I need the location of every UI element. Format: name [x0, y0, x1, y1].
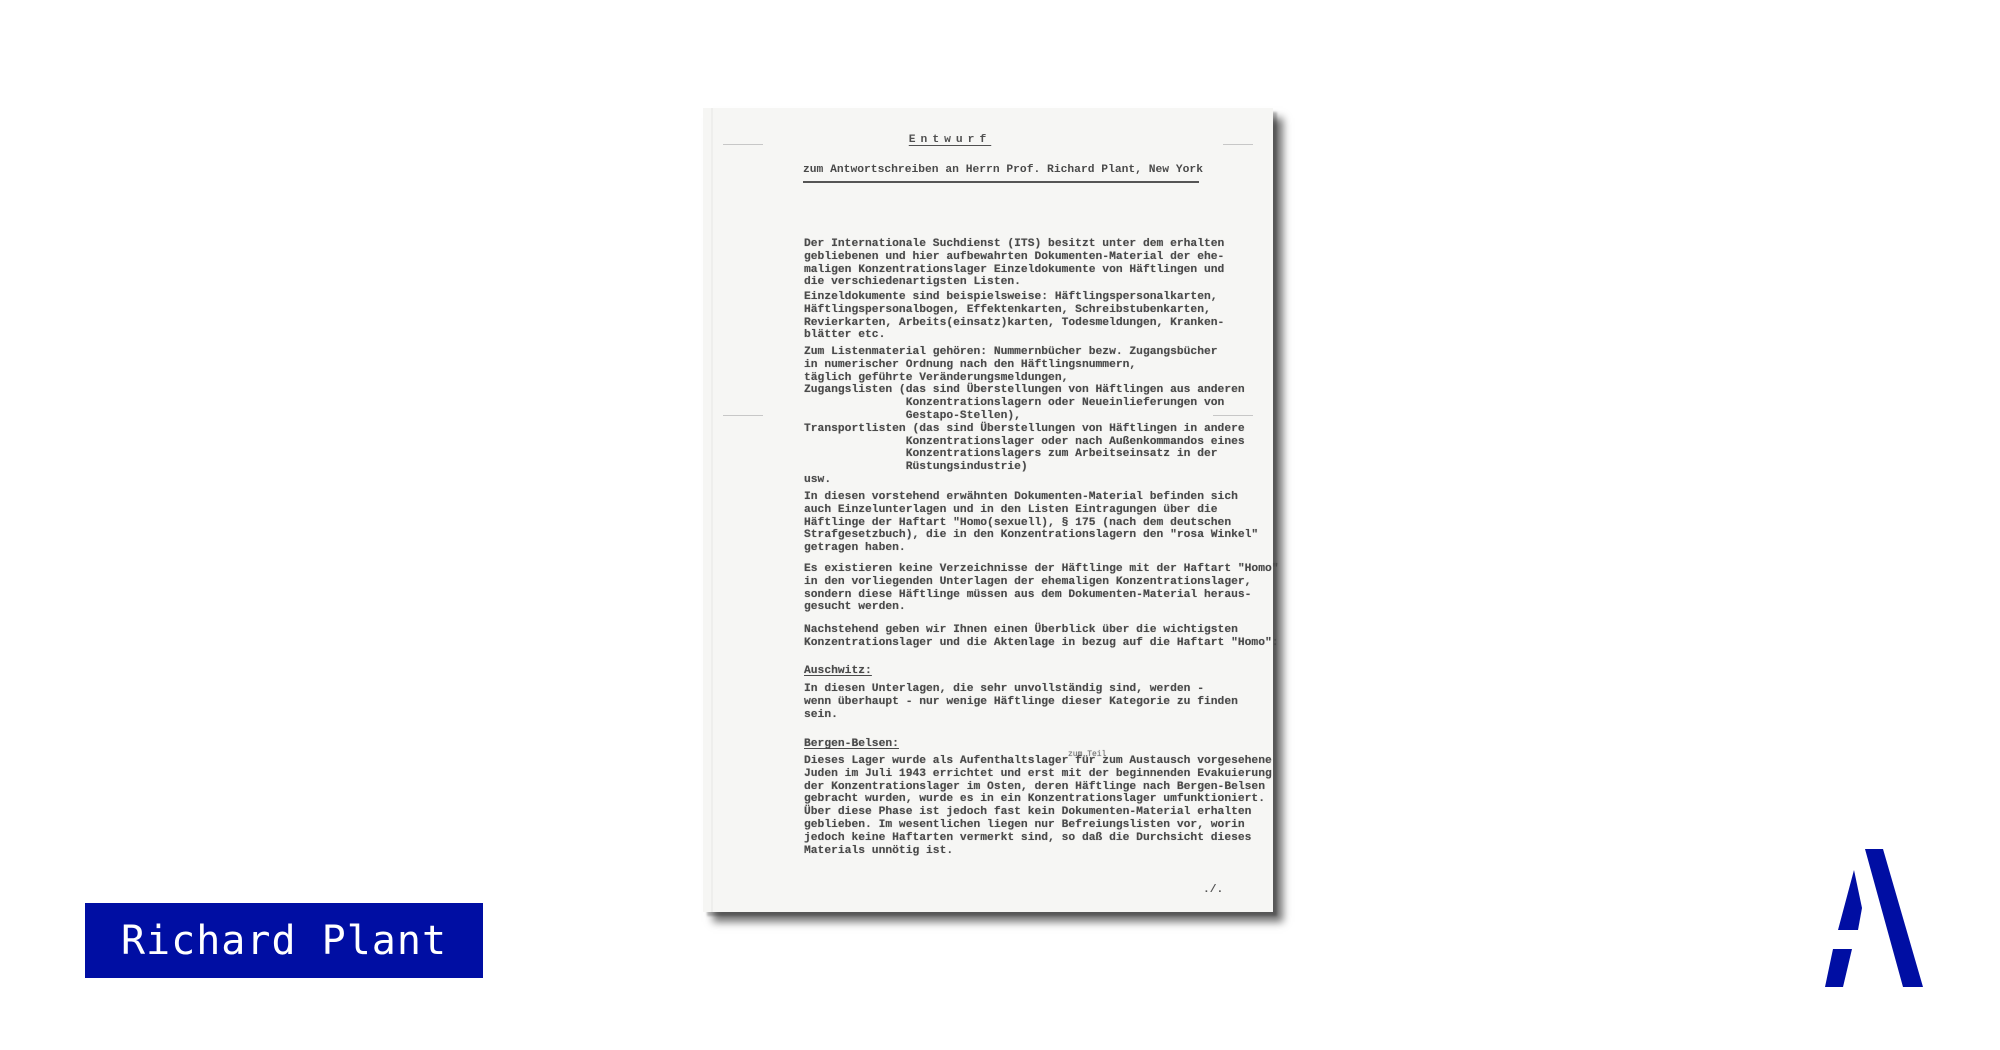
paragraph-overview: Nachstehend geben wir Ihnen einen Überbl…: [804, 624, 1279, 650]
paragraph-no-registers: Es existieren keine Verzeichnisse der Hä…: [804, 563, 1279, 614]
punch-mark-left: [723, 415, 763, 416]
section-heading-auschwitz: Auschwitz:: [804, 665, 872, 678]
section-heading-bergen-belsen: Bergen-Belsen:: [804, 738, 899, 751]
paragraph-individual-documents: Einzeldokumente sind beispielsweise: Häf…: [804, 291, 1224, 342]
subtitle-underline: [803, 181, 1199, 183]
section-text-bergen-belsen: Dieses Lager wurde als Aufenthaltslager …: [804, 755, 1272, 857]
archival-document-scan: Entwurf zum Antwortschreiben an Herrn Pr…: [703, 108, 1273, 912]
paragraph-list-material: Zum Listenmaterial gehören: Nummernbüche…: [804, 346, 1245, 487]
document-subtitle: zum Antwortschreiben an Herrn Prof. Rich…: [803, 164, 1203, 176]
section-text-auschwitz: In diesen Unterlagen, die sehr unvollstä…: [804, 683, 1238, 721]
person-name-label: Richard Plant: [85, 903, 483, 978]
page-continuation-mark: ./.: [1203, 884, 1223, 896]
paragraph-its-documents: Der Internationale Suchdienst (ITS) besi…: [804, 238, 1224, 289]
paragraph-homo-entries: In diesen vorstehend erwähnten Dokumente…: [804, 491, 1258, 555]
document-title: Entwurf: [665, 134, 1235, 146]
